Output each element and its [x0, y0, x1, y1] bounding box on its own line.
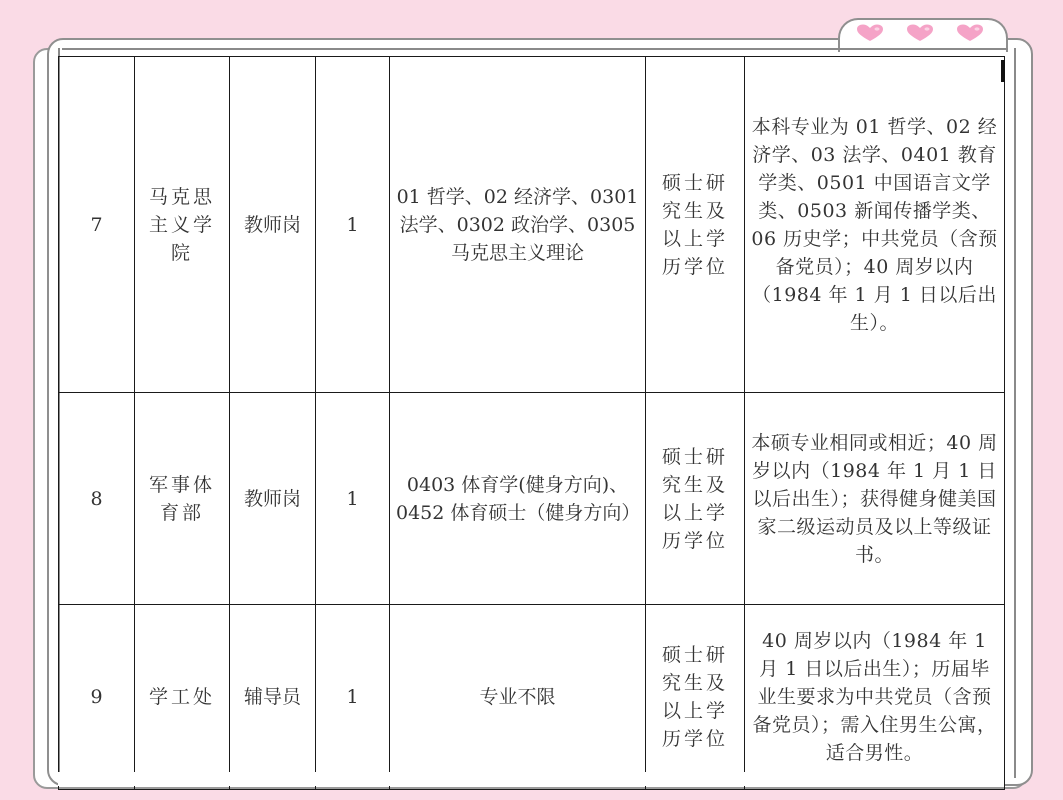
inner-frame-top	[62, 48, 1008, 50]
heart-icon	[856, 24, 884, 42]
major-cell: 专业不限	[390, 605, 646, 790]
table-row: 8 军事体育部 教师岗 1 0403 体育学(健身方向)、0452 体育硕士（健…	[59, 393, 1005, 605]
table-row: 9 学工处 辅导员 1 专业不限 硕士研究生及以上学历学位 40 周岁以内（19…	[59, 605, 1005, 790]
heart-icon	[906, 24, 934, 42]
department-cell: 军事体育部	[135, 393, 230, 605]
count-cell: 1	[316, 57, 390, 393]
count-cell: 1	[316, 605, 390, 790]
table-row: 7 马克思主义学院 教师岗 1 01 哲学、02 经济学、0301 法学、030…	[59, 57, 1005, 393]
job-table: 7 马克思主义学院 教师岗 1 01 哲学、02 经济学、0301 法学、030…	[58, 56, 1005, 790]
requirements-cell: 本科专业为 01 哲学、02 经济学、03 法学、0401 教育学类、0501 …	[745, 57, 1005, 393]
heart-icon	[956, 24, 984, 42]
department-cell: 马克思主义学院	[135, 57, 230, 393]
table-bottom-cutoff	[58, 772, 1004, 786]
row-index: 9	[59, 605, 135, 790]
department-cell: 学工处	[135, 605, 230, 790]
degree-cell: 硕士研究生及以上学历学位	[646, 605, 745, 790]
edge-mark	[1001, 60, 1005, 82]
major-cell: 0403 体育学(健身方向)、0452 体育硕士（健身方向）	[390, 393, 646, 605]
major-cell: 01 哲学、02 经济学、0301 法学、0302 政治学、0305 马克思主义…	[390, 57, 646, 393]
requirements-cell: 本硕专业相同或相近；40 周岁以内（1984 年 1 月 1 日以后出生）；获得…	[745, 393, 1005, 605]
inner-frame-right	[1014, 48, 1016, 778]
row-index: 8	[59, 393, 135, 605]
position-cell: 辅导员	[230, 605, 316, 790]
degree-cell: 硕士研究生及以上学历学位	[646, 393, 745, 605]
requirements-cell: 40 周岁以内（1984 年 1 月 1 日以后出生）；历届毕业生要求为中共党员…	[745, 605, 1005, 790]
count-cell: 1	[316, 393, 390, 605]
row-index: 7	[59, 57, 135, 393]
degree-cell: 硕士研究生及以上学历学位	[646, 57, 745, 393]
position-cell: 教师岗	[230, 393, 316, 605]
position-cell: 教师岗	[230, 57, 316, 393]
